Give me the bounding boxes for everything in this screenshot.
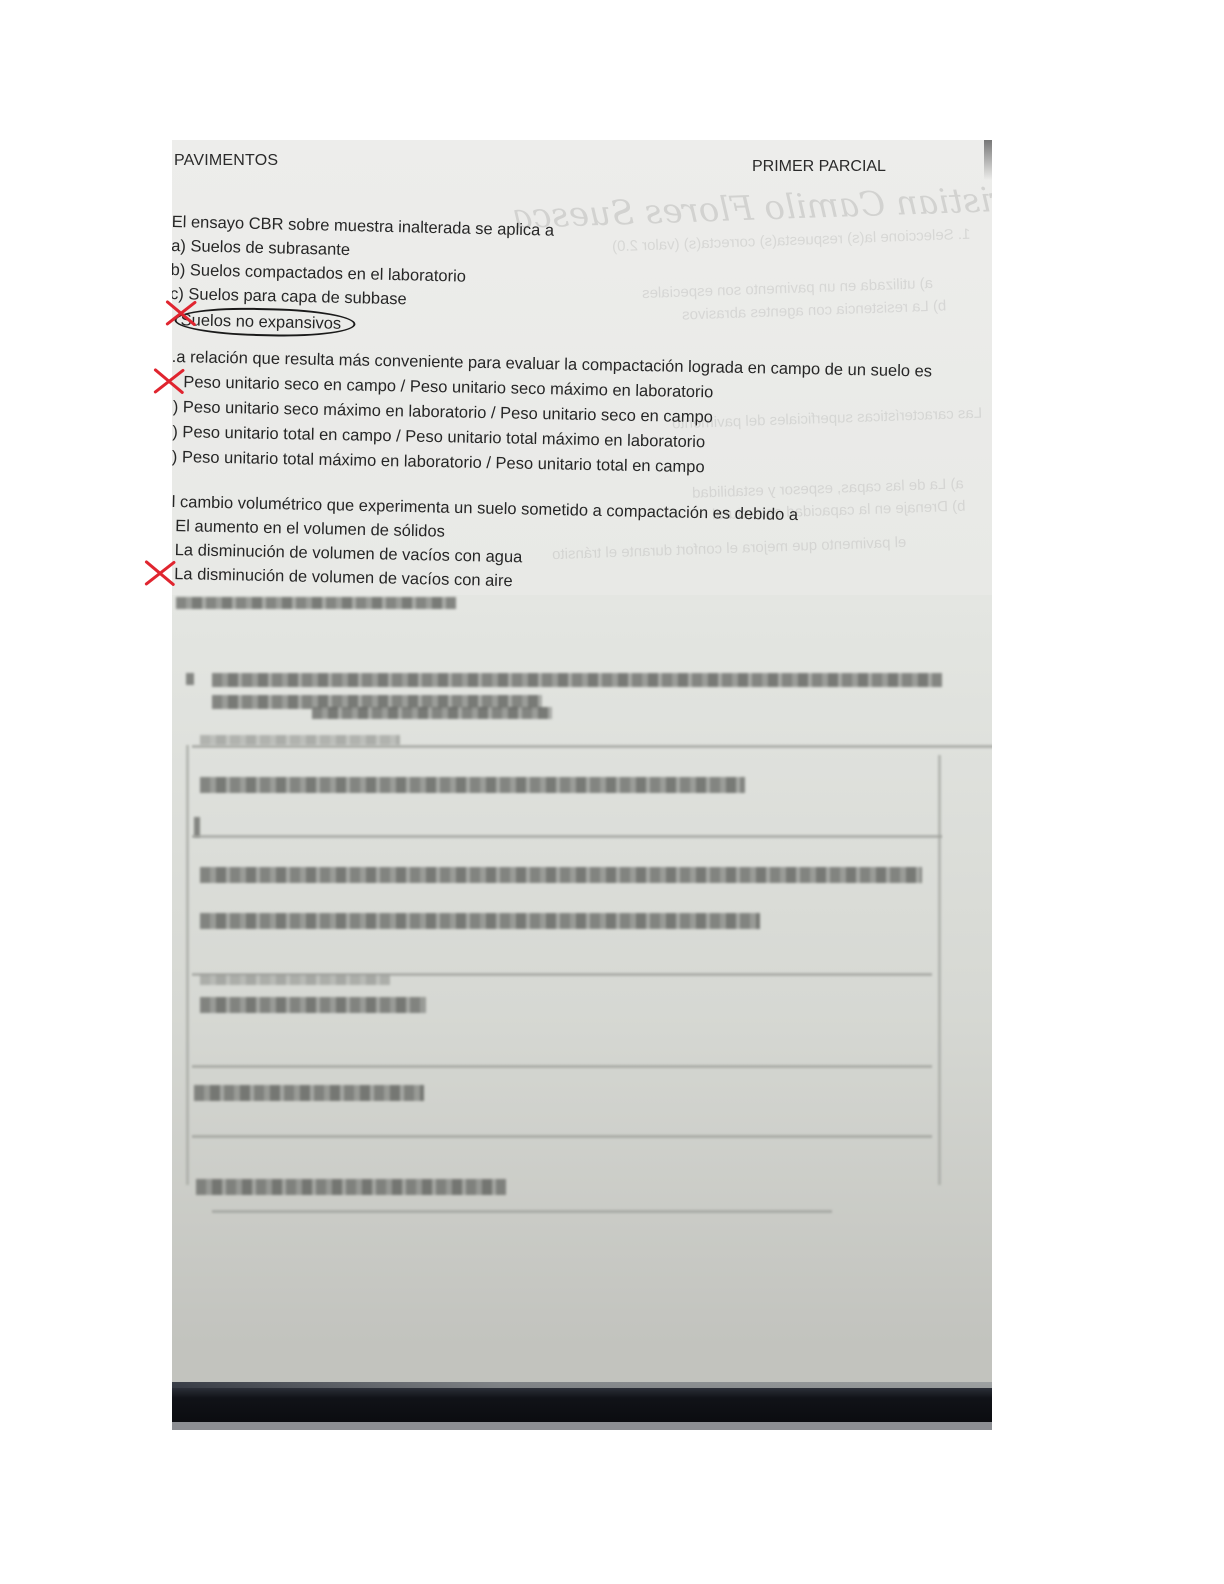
exam-page-photo: Cristian Camilo Flores Suesca 1. Selecci… <box>172 140 992 1430</box>
photo-bottom-strip <box>172 1422 992 1430</box>
bleed-through-text: a) utilizada en un pavimento son especia… <box>642 275 933 302</box>
redacted-label <box>200 975 390 985</box>
redacted-table-cell <box>196 1179 506 1195</box>
course-title: PAVIMENTOS <box>174 152 278 170</box>
redacted-text <box>312 707 552 719</box>
redacted-table-cell <box>200 777 745 793</box>
redacted-question-number <box>186 673 194 685</box>
redacted-table-cell <box>200 997 426 1013</box>
table-rule <box>192 835 942 838</box>
redacted-mark <box>194 817 200 837</box>
redacted-label <box>200 735 400 745</box>
table-border <box>186 745 189 1185</box>
table-rule <box>192 1065 932 1068</box>
red-x-mark-icon <box>152 366 186 396</box>
redacted-text <box>176 597 456 609</box>
page-edge-glint <box>172 1382 992 1388</box>
circled-answer: Suelos no expansivos <box>174 306 355 338</box>
redacted-text <box>212 673 942 687</box>
red-x-mark-icon <box>143 558 177 588</box>
photo-background-edge <box>172 1382 992 1422</box>
exam-title: PRIMER PARCIAL <box>752 158 886 176</box>
redacted-table-cell <box>194 1085 424 1101</box>
redacted-section <box>172 595 992 1430</box>
redacted-table-cell <box>200 867 922 883</box>
question-3: l cambio volumétrico que experimenta un … <box>172 490 798 599</box>
question-2: .a relación que resulta más conveniente … <box>172 345 932 485</box>
table-rule <box>192 1135 932 1138</box>
redacted-table-cell <box>200 913 760 929</box>
table-border <box>938 755 941 1185</box>
table-rule <box>212 1210 832 1213</box>
bleed-through-text: b) La resistencia con agentes abrasivos <box>682 297 947 323</box>
red-x-mark-icon <box>164 298 198 328</box>
question-1: El ensayo CBR sobre muestra inalterada s… <box>172 210 554 343</box>
table-rule <box>192 745 992 748</box>
page-edge-shadow <box>984 140 992 180</box>
